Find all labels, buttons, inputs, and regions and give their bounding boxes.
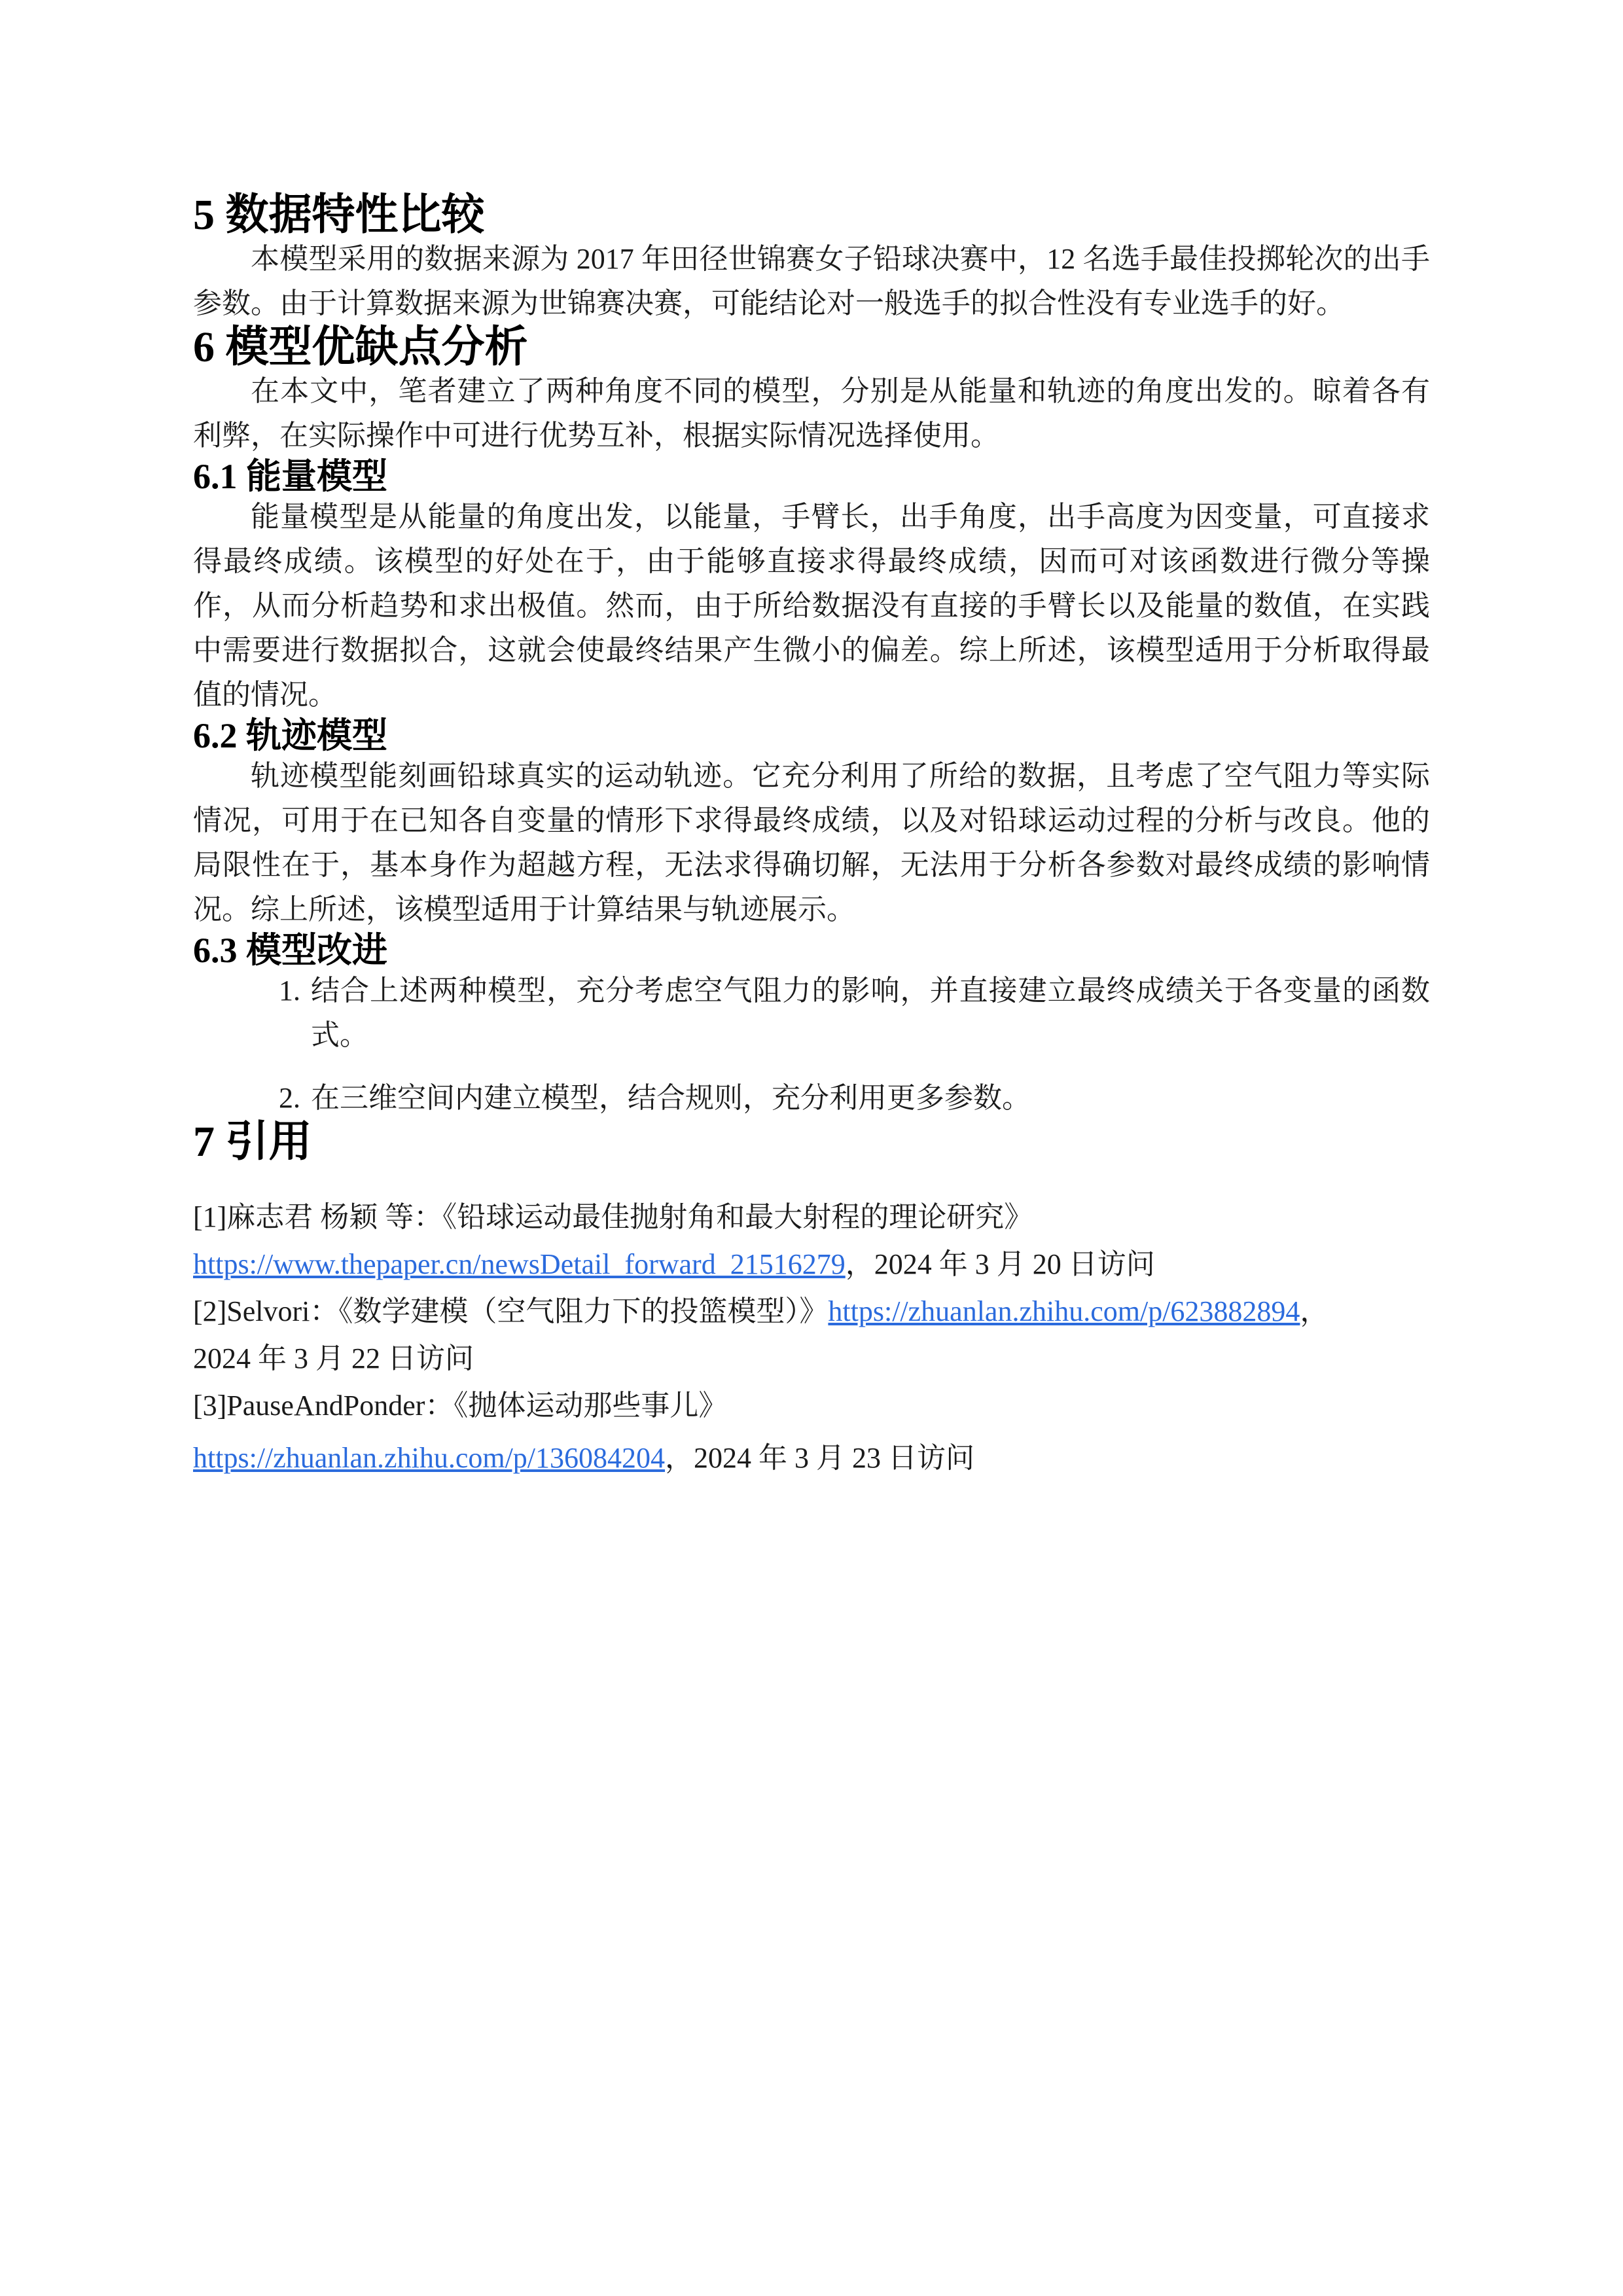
reference-3-access-date: ，2024 年 3 月 23 日访问 <box>665 1442 974 1474</box>
references: [1]麻志君 杨颖 等：《铅球运动最佳抛射角和最大射程的理论研究》 https:… <box>193 1194 1430 1482</box>
reference-1-text: [1]麻志君 杨颖 等：《铅球运动最佳抛射角和最大射程的理论研究》 <box>193 1201 1033 1233</box>
list-item: 在三维空间内建立模型，结合规则，充分利用更多参数。 <box>308 1076 1430 1121</box>
section-7-heading: 7 引用 <box>193 1121 1430 1164</box>
reference-2-text: [2]Selvori：《数学建模（空气阻力下的投篮模型）》 <box>193 1295 828 1327</box>
reference-3-link-line: https://zhuanlan.zhihu.com/p/136084204，2… <box>193 1435 1430 1482</box>
section-6-3-heading: 6.3 模型改进 <box>193 932 1430 969</box>
reference-1-link[interactable]: https://www.thepaper.cn/newsDetail_forwa… <box>193 1248 846 1280</box>
section-6-heading: 6 模型优缺点分析 <box>193 326 1430 369</box>
section-5-paragraph: 本模型采用的数据来源为 2017 年田径世锦赛女子铅球决赛中，12 名选手最佳投… <box>193 237 1430 326</box>
reference-3-text: [3]PauseAndPonder：《抛体运动那些事儿》 <box>193 1390 727 1422</box>
reference-2-link[interactable]: https://zhuanlan.zhihu.com/p/623882894 <box>828 1295 1300 1327</box>
model-improvement-list: 结合上述两种模型，充分考虑空气阻力的影响，并直接建立最终成绩关于各变量的函数式。… <box>193 969 1430 1121</box>
section-6-1-paragraph: 能量模型是从能量的角度出发，以能量，手臂长，出手角度，出手高度为因变量，可直接求… <box>193 495 1430 717</box>
section-6-paragraph: 在本文中，笔者建立了两种角度不同的模型，分别是从能量和轨迹的角度出发的。晾着各有… <box>193 369 1430 458</box>
reference-1-access-date: ，2024 年 3 月 20 日访问 <box>846 1248 1155 1280</box>
reference-3-link[interactable]: https://zhuanlan.zhihu.com/p/136084204 <box>193 1442 665 1474</box>
section-6-1-heading: 6.1 能量模型 <box>193 458 1430 495</box>
reference-2: [2]Selvori：《数学建模（空气阻力下的投篮模型）》https://zhu… <box>193 1288 1430 1382</box>
reference-2-comma: ， <box>1300 1295 1329 1327</box>
reference-2-access-date: 2024 年 3 月 22 日访问 <box>193 1342 474 1374</box>
reference-3: [3]PauseAndPonder：《抛体运动那些事儿》 <box>193 1382 1430 1429</box>
section-6-2-heading: 6.2 轨迹模型 <box>193 717 1430 754</box>
document-page: 5 数据特性比较 本模型采用的数据来源为 2017 年田径世锦赛女子铅球决赛中，… <box>0 0 1623 2296</box>
section-5-heading: 5 数据特性比较 <box>193 194 1430 237</box>
section-6-2-paragraph: 轨迹模型能刻画铅球真实的运动轨迹。它充分利用了所给的数据，且考虑了空气阻力等实际… <box>193 754 1430 932</box>
list-item: 结合上述两种模型，充分考虑空气阻力的影响，并直接建立最终成绩关于各变量的函数式。 <box>308 969 1430 1058</box>
reference-1: [1]麻志君 杨颖 等：《铅球运动最佳抛射角和最大射程的理论研究》 https:… <box>193 1194 1430 1288</box>
